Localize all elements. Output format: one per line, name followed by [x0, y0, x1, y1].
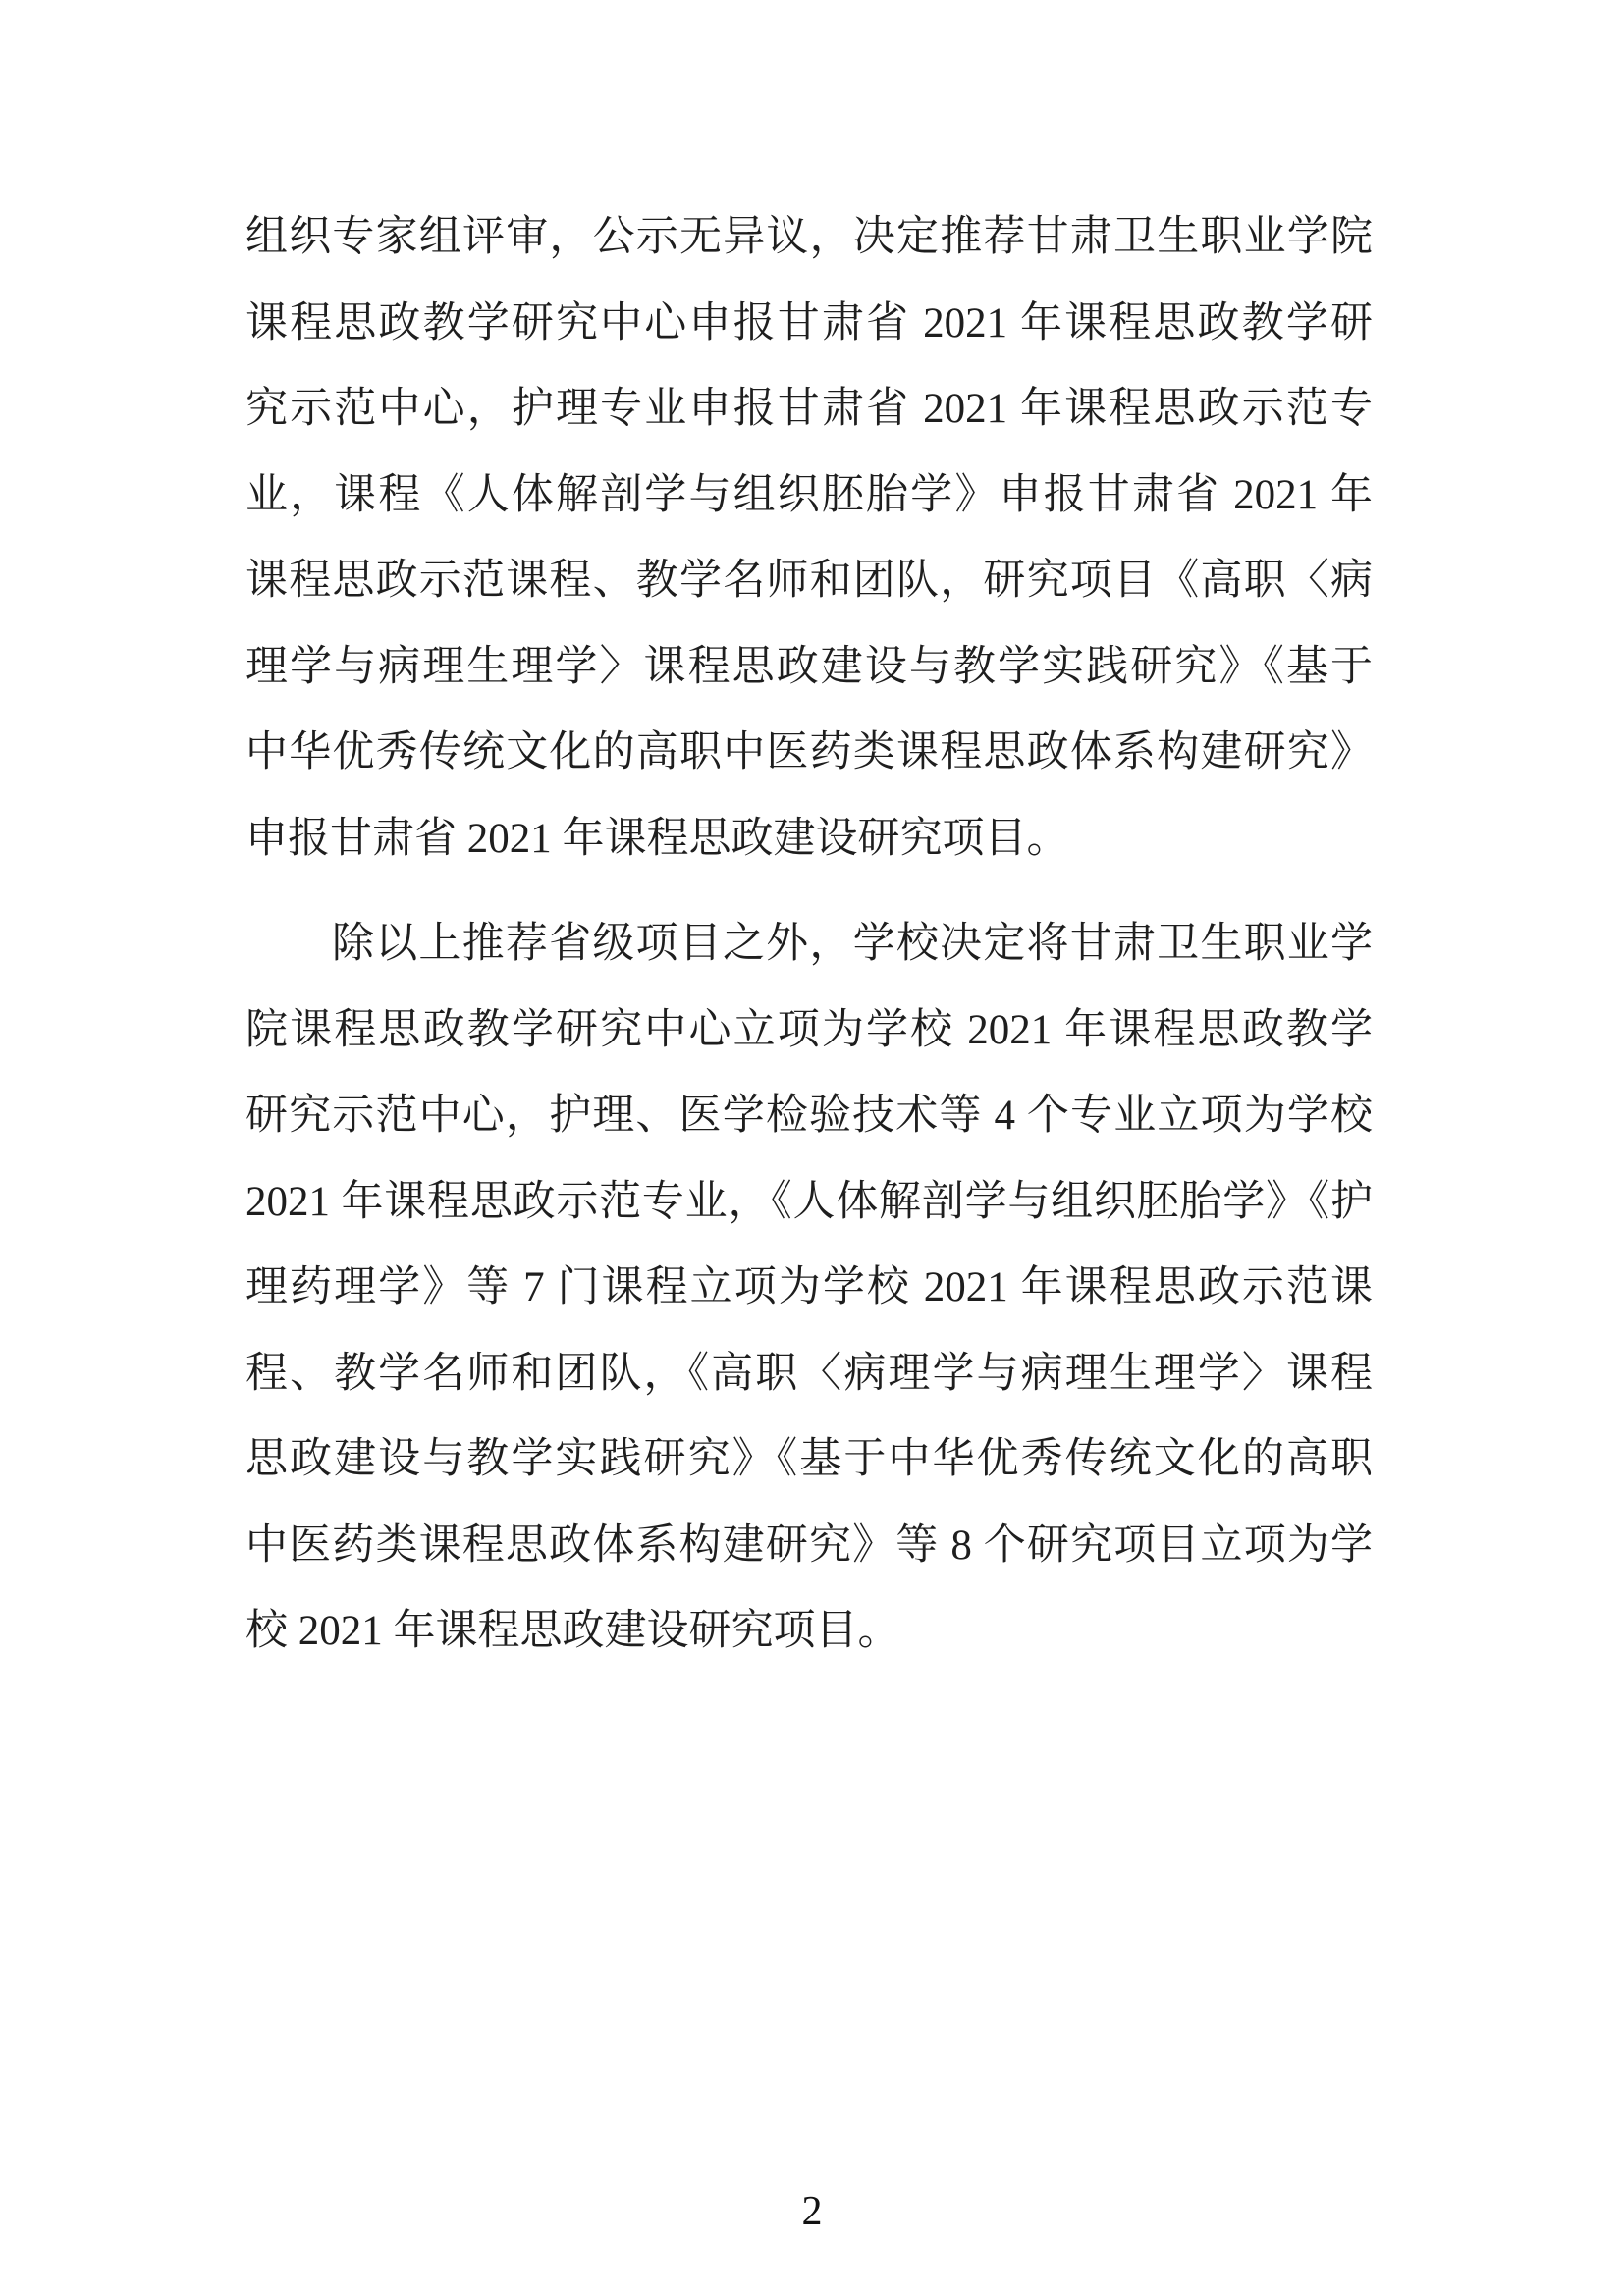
- line: 申报甘肃省 2021 年课程思政建设研究项目。: [245, 796, 1373, 882]
- line: 理学与病理生理学〉课程思政建设与教学实践研究》《基于: [245, 624, 1373, 711]
- line: 校 2021 年课程思政建设研究项目。: [245, 1588, 1373, 1675]
- line: 中华优秀传统文化的高职中医药类课程思政体系构建研究》: [245, 710, 1373, 796]
- line: 课程思政教学研究中心申报甘肃省 2021 年课程思政教学研: [245, 281, 1373, 367]
- line: 中医药类课程思政体系构建研究》等 8 个研究项目立项为学: [245, 1503, 1373, 1589]
- document-page: 组织专家组评审，公示无异议，决定推荐甘肃卫生职业学院 课程思政教学研究中心申报甘…: [0, 0, 1624, 2296]
- paragraph-1: 组织专家组评审，公示无异议，决定推荐甘肃卫生职业学院 课程思政教学研究中心申报甘…: [245, 194, 1373, 881]
- page-number: 2: [0, 2187, 1624, 2236]
- line: 思政建设与教学实践研究》《基于中华优秀传统文化的高职: [245, 1416, 1373, 1503]
- line: 研究示范中心，护理、医学检验技术等 4 个专业立项为学校: [245, 1073, 1373, 1159]
- paragraph-2: 除以上推荐省级项目之外，学校决定将甘肃卫生职业学 院课程思政教学研究中心立项为学…: [245, 901, 1373, 1675]
- text-block: 组织专家组评审，公示无异议，决定推荐甘肃卫生职业学院 课程思政教学研究中心申报甘…: [245, 194, 1373, 1675]
- line: 程、教学名师和团队，《高职〈病理学与病理生理学〉课程: [245, 1331, 1373, 1417]
- line: 业，课程《人体解剖学与组织胚胎学》申报甘肃省 2021 年: [245, 453, 1373, 539]
- line: 理药理学》等 7 门课程立项为学校 2021 年课程思政示范课: [245, 1245, 1373, 1331]
- line: 除以上推荐省级项目之外，学校决定将甘肃卫生职业学: [245, 901, 1373, 988]
- line: 组织专家组评审，公示无异议，决定推荐甘肃卫生职业学院: [245, 194, 1373, 281]
- line: 究示范中心，护理专业申报甘肃省 2021 年课程思政示范专: [245, 366, 1373, 453]
- line: 院课程思政教学研究中心立项为学校 2021 年课程思政教学: [245, 988, 1373, 1074]
- line: 课程思政示范课程、教学名师和团队，研究项目《高职〈病: [245, 538, 1373, 624]
- line: 2021 年课程思政示范专业，《人体解剖学与组织胚胎学》《护: [245, 1159, 1373, 1246]
